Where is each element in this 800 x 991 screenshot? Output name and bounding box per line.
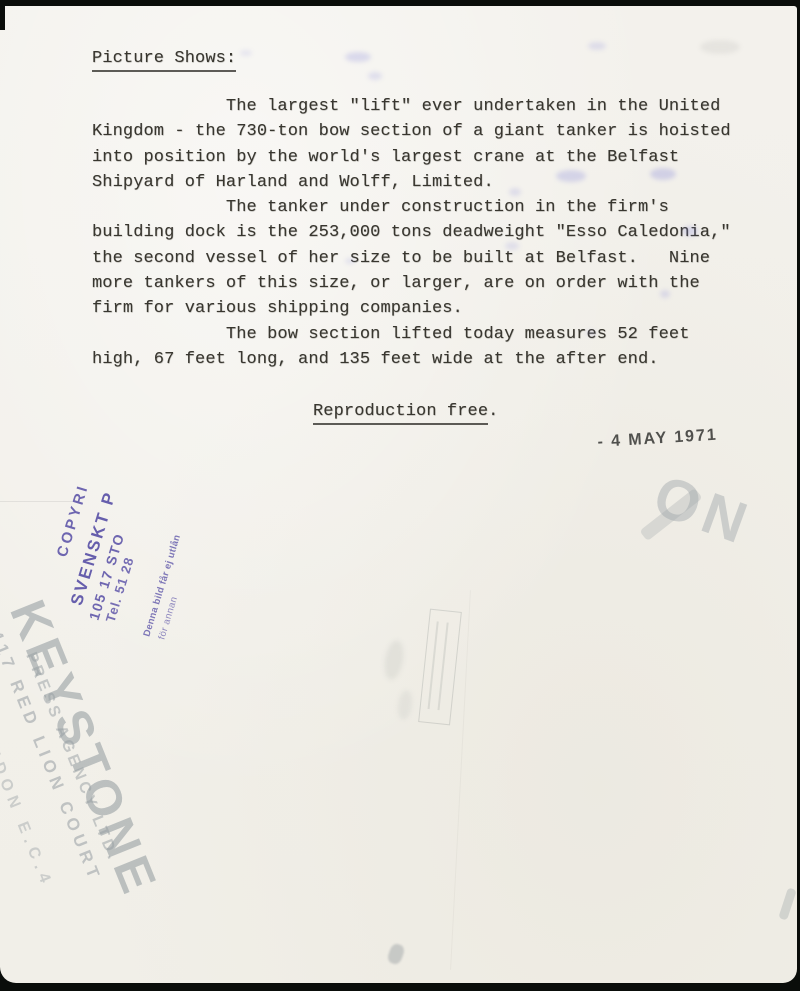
scan-edge-sliver [0, 0, 5, 30]
ink-smudge [650, 168, 676, 180]
body-line: more tankers of this size, or larger, ar… [92, 271, 731, 296]
ink-smudge [660, 290, 670, 298]
pencil-smudge [700, 40, 740, 54]
body-line: The tanker under construction in the fir… [92, 195, 731, 220]
ink-smudge [368, 72, 382, 80]
body-line: into position by the world's largest cra… [92, 145, 731, 170]
ink-smudge [345, 258, 355, 264]
ink-smudge [588, 42, 606, 50]
reproduction-note-period: . [488, 402, 498, 421]
ink-smudge [556, 170, 586, 182]
ink-smudge [240, 50, 252, 56]
caption-heading: Picture Shows: [92, 49, 236, 72]
body-line: The bow section lifted today measures 52… [92, 322, 731, 347]
body-line: Shipyard of Harland and Wolff, Limited. [92, 170, 731, 195]
reproduction-note: Reproduction free. [313, 402, 498, 421]
ink-smudge [585, 330, 597, 336]
reproduction-note-underlined: Reproduction free [313, 402, 488, 425]
faint-box-stamp-text [428, 622, 439, 709]
body-line: Kingdom - the 730-ton bow section of a g… [92, 119, 731, 144]
ink-smudge [509, 188, 521, 196]
body-line: firm for various shipping companies. [92, 296, 731, 321]
body-line: building dock is the 253,000 tons deadwe… [92, 220, 731, 245]
paper-crease [0, 501, 72, 502]
ink-smudge [345, 52, 371, 62]
body-line: the second vessel of her size to be buil… [92, 246, 731, 271]
ink-smudge [505, 242, 519, 250]
body-line: The largest "lift" ever undertaken in th… [92, 94, 731, 119]
caption-body: The largest "lift" ever undertaken in th… [92, 94, 731, 372]
body-line: high, 67 feet long, and 135 feet wide at… [92, 347, 731, 372]
scanned-document: Picture Shows: The largest "lift" ever u… [0, 0, 800, 991]
ink-smudge [682, 226, 698, 236]
faint-box-stamp-text [438, 623, 449, 710]
